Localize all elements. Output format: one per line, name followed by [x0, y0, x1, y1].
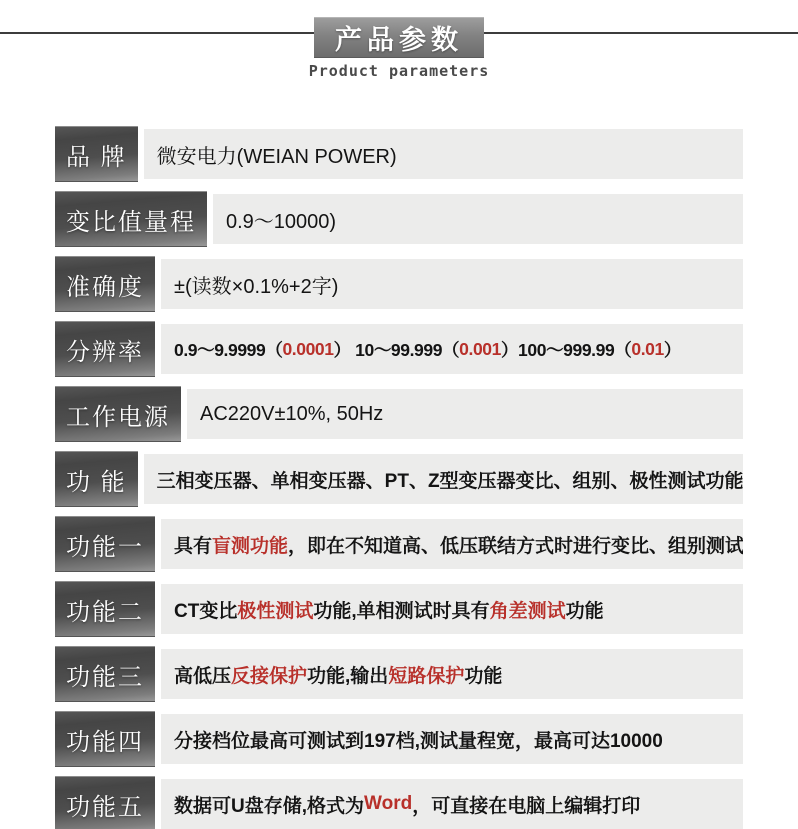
spec-value-text: ）100～999.99（	[501, 337, 631, 362]
spec-label: 工作电源	[55, 386, 181, 442]
spec-value: 三相变压器、单相变压器、PT、Z型变压器变比、组别、极性测试功能	[144, 454, 743, 504]
spec-value: 0.9～10000)	[213, 194, 743, 244]
spec-label: 功 能	[55, 451, 138, 507]
spec-value: AC220V±10%, 50Hz	[187, 389, 743, 439]
spec-value-text: 功能,输出	[307, 661, 388, 688]
spec-row: 变比值量程 0.9～10000)	[55, 191, 743, 247]
spec-value: ±(读数×0.1%+2字)	[161, 259, 743, 309]
spec-value-text: 具有	[174, 531, 212, 558]
spec-value-text: AC220V±10%, 50Hz	[200, 403, 383, 426]
spec-value-text: 微安电力(WEIAN POWER)	[157, 140, 397, 169]
spec-value-text: 分接档位最高可测试到197档,测试量程宽，最高可达10000	[174, 726, 663, 753]
section-subtitle: Product parameters	[0, 62, 798, 80]
spec-row: 工作电源 AC220V±10%, 50Hz	[55, 386, 743, 442]
spec-value-highlight: 角差测试	[490, 596, 566, 623]
spec-value-text: 0.9～10000)	[226, 205, 336, 234]
spec-label: 功能一	[55, 516, 155, 572]
spec-label: 变比值量程	[55, 191, 207, 247]
spec-row: 功 能 三相变压器、单相变压器、PT、Z型变压器变比、组别、极性测试功能	[55, 451, 743, 507]
spec-value: 0.9～9.9999（0.0001） 10～99.999（0.001）100～9…	[161, 324, 743, 374]
spec-label: 功能五	[55, 776, 155, 829]
section-title: 产品参数	[335, 18, 463, 57]
spec-value: 微安电力(WEIAN POWER)	[144, 129, 743, 179]
spec-row: 功能四 分接档位最高可测试到197档,测试量程宽，最高可达10000	[55, 711, 743, 767]
spec-value-highlight: 短路保护	[388, 661, 464, 688]
spec-label: 功能四	[55, 711, 155, 767]
spec-value-text: 0.9～9.9999（	[174, 337, 282, 362]
spec-value-text: 功能	[464, 661, 502, 688]
spec-row: 功能二 CT变比极性测试功能,单相测试时具有角差测试功能	[55, 581, 743, 637]
spec-value: 具有盲测功能，即在不知道高、低压联结方式时进行变比、组别测试	[161, 519, 743, 569]
spec-value-text: 功能	[566, 596, 604, 623]
spec-value-text: CT变比	[174, 596, 237, 623]
spec-row: 品 牌 微安电力(WEIAN POWER)	[55, 126, 743, 182]
spec-value-text: 高低压	[174, 661, 231, 688]
spec-value-highlight: 0.01	[631, 339, 663, 360]
spec-row: 准确度 ±(读数×0.1%+2字)	[55, 256, 743, 312]
spec-value-text: ±(读数×0.1%+2字)	[174, 270, 338, 299]
spec-value-highlight: 反接保护	[231, 661, 307, 688]
spec-value-text: ，可直接在电脑上编辑打印	[412, 791, 640, 818]
spec-row: 功能五 数据可U盘存储,格式为Word，可直接在电脑上编辑打印	[55, 776, 743, 829]
spec-label: 功能三	[55, 646, 155, 702]
spec-value: 高低压反接保护功能,输出短路保护功能	[161, 649, 743, 699]
spec-value-text: 功能,单相测试时具有	[313, 596, 489, 623]
spec-row: 功能三 高低压反接保护功能,输出短路保护功能	[55, 646, 743, 702]
spec-value-highlight: 盲测功能	[212, 531, 288, 558]
spec-value-text: ） 10～99.999（	[334, 337, 460, 362]
product-parameters-page: 产品参数 Product parameters 品 牌 微安电力(WEIAN P…	[0, 0, 798, 829]
spec-value-highlight: 0.0001	[282, 339, 333, 360]
spec-value: 分接档位最高可测试到197档,测试量程宽，最高可达10000	[161, 714, 743, 764]
spec-value-text: ，即在不知道高、低压联结方式时进行变比、组别测试	[288, 531, 743, 558]
spec-table: 品 牌 微安电力(WEIAN POWER) 变比值量程 0.9～10000) 准…	[55, 126, 743, 829]
spec-value-text: 数据可U盘存储,格式为	[174, 791, 364, 818]
spec-value-text: ）	[664, 337, 681, 362]
section-title-box: 产品参数	[314, 17, 484, 58]
spec-value-highlight: 0.001	[459, 339, 501, 360]
spec-value: 数据可U盘存储,格式为Word，可直接在电脑上编辑打印	[161, 779, 743, 829]
section-header: 产品参数 Product parameters	[0, 0, 798, 92]
spec-value-highlight: 极性测试	[237, 596, 313, 623]
spec-row: 分辨率 0.9～9.9999（0.0001） 10～99.999（0.001）1…	[55, 321, 743, 377]
spec-value: CT变比极性测试功能,单相测试时具有角差测试功能	[161, 584, 743, 634]
spec-label: 功能二	[55, 581, 155, 637]
spec-value-highlight: Word	[364, 793, 412, 815]
spec-label: 分辨率	[55, 321, 155, 377]
spec-label: 品 牌	[55, 126, 138, 182]
spec-label: 准确度	[55, 256, 155, 312]
spec-row: 功能一 具有盲测功能，即在不知道高、低压联结方式时进行变比、组别测试	[55, 516, 743, 572]
spec-value-text: 三相变压器、单相变压器、PT、Z型变压器变比、组别、极性测试功能	[157, 466, 743, 493]
